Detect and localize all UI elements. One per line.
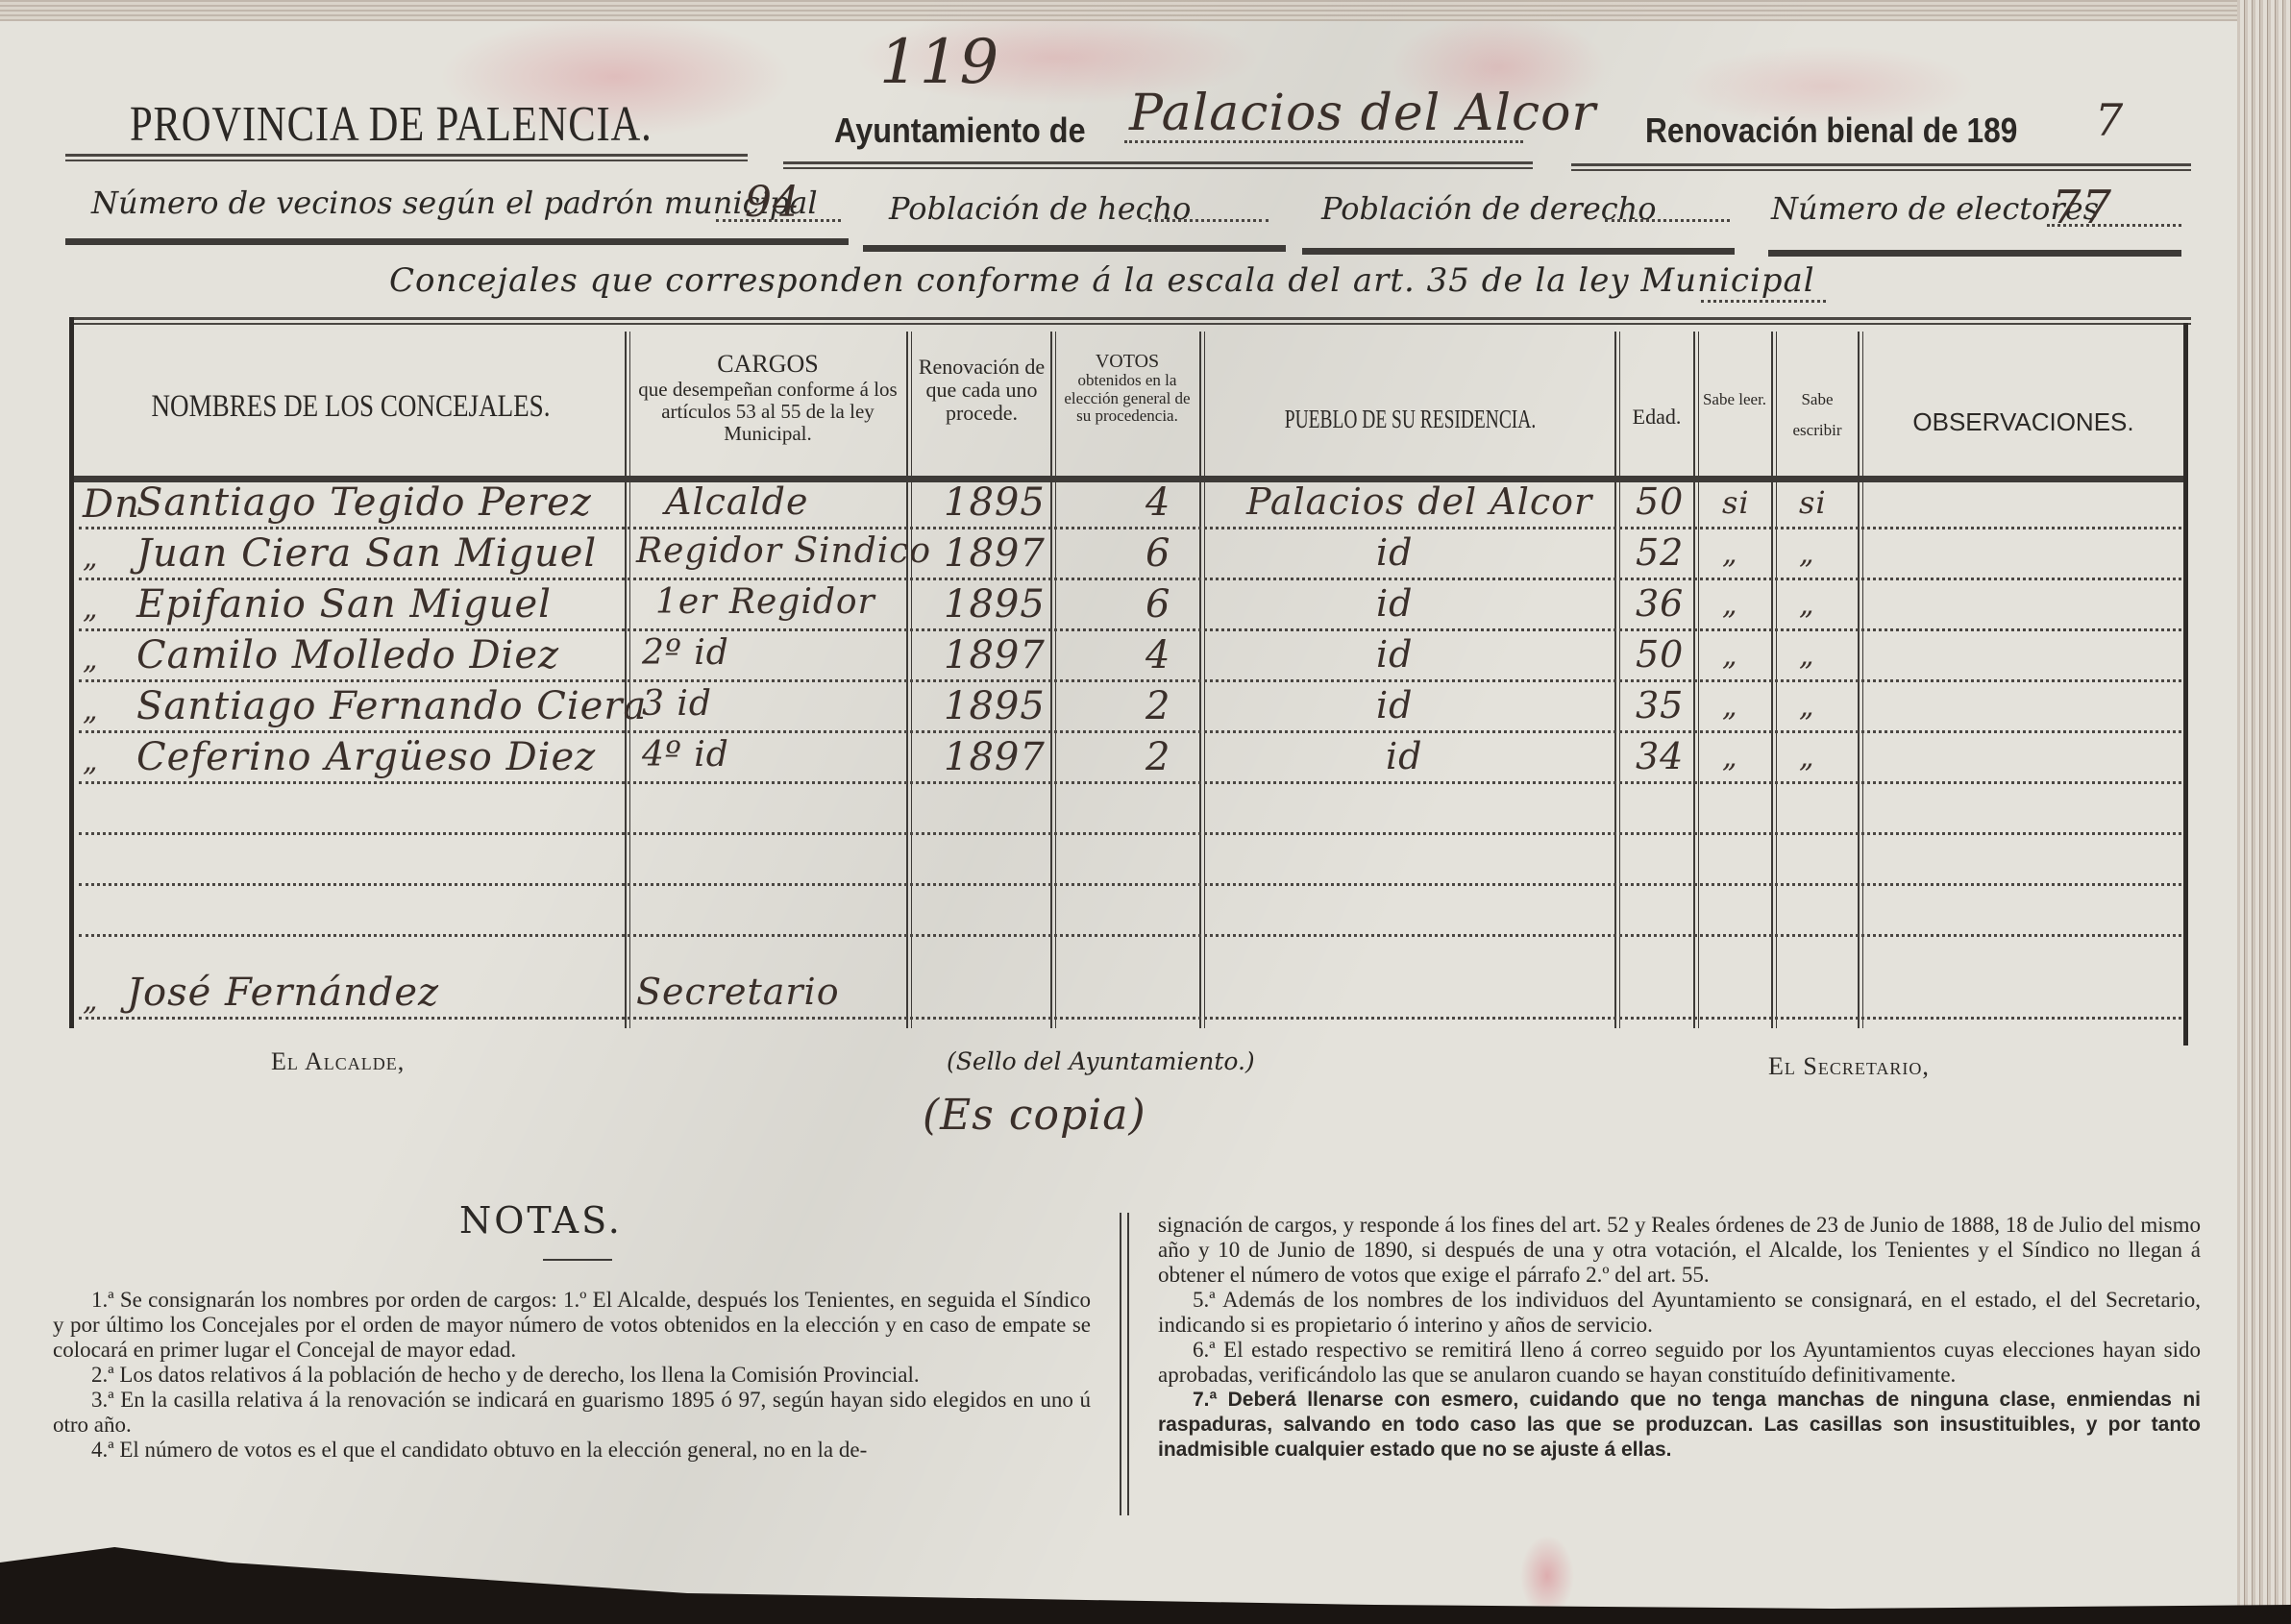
cell-edad: 36 [1636,582,1684,625]
header-votos: VOTOS obtenidos en la elección general d… [1055,351,1199,426]
header-votos-title: VOTOS [1055,351,1199,372]
table-row: „ Juan Ciera San Miguel Regidor Sindico … [79,531,2183,583]
cell-cargo: Secretario [636,971,840,1013]
cell-leer: „ [1722,690,1738,724]
header-cargos-desc: que desempeñan conforme á los artículos … [629,379,906,445]
cell-renovacion: 1897 [944,531,1046,576]
poblacion-derecho-field [1605,219,1730,222]
concejales-subtitle: Concejales que corresponden conforme á l… [389,261,1815,300]
notes-column-divider [1120,1213,1129,1515]
cell-pueblo: id [1376,531,1413,574]
table-row: „ Ceferino Argüeso Diez 4º id 1897 2 id … [79,735,2183,787]
cell-edad: 50 [1636,480,1684,523]
cell-renovacion: 1897 [944,735,1046,779]
note-4: 4.ª El número de votos es el que el cand… [53,1438,1091,1463]
row-dotline [79,883,2181,886]
cell-leer: „ [1722,639,1738,673]
cell-escribir: „ [1799,537,1815,571]
province-title: PROVINCIA DE PALENCIA. [130,96,653,153]
alcalde-signature-label: El Alcalde, [271,1047,405,1076]
cell-prefix: „ [83,643,99,677]
cell-nombre: Juan Ciera San Miguel [136,531,597,576]
cell-votos: 2 [1145,684,1170,728]
ayuntamiento-value: Palacios del Alcor [1129,85,1596,142]
header-observaciones: OBSERVACIONES. [1862,408,2184,436]
cell-nombre: Santiago Fernando Ciera [136,684,647,728]
vecinos-rule [65,238,849,245]
cell-renovacion: 1897 [944,633,1046,677]
ayuntamiento-rule [783,161,1533,169]
row-dotline [79,730,2181,733]
row-dotline [79,934,2181,937]
table-top-rule [69,317,2191,325]
cell-pueblo: id [1376,684,1413,726]
header-sabe-escribir: Sabe escribir [1776,384,1859,447]
table-left-border [69,317,74,1028]
book-top-edge [0,0,2291,21]
page-bottom-shadow [0,1547,2291,1624]
header-pueblo: PUEBLO DE SU RESIDENCIA. [1264,406,1558,434]
row-dotline [79,1017,2181,1020]
cell-leer: „ [1722,741,1738,775]
header-cargos-title: CARGOS [629,351,906,379]
cell-edad: 35 [1636,684,1684,726]
table-row [79,837,2183,889]
note-1: 1.ª Se consignarán los nombres por orden… [53,1288,1091,1363]
poblacion-hecho-label: Población de hecho [889,190,1191,227]
book-right-edge [2237,0,2291,1624]
cell-nombre: José Fernández [127,971,439,1015]
electores-label: Número de electores [1771,190,2099,227]
secretario-signature-label: El Secretario, [1768,1052,1930,1081]
cell-escribir: „ [1799,690,1815,724]
cell-nombre: Santiago Tegido Perez [136,480,592,525]
subtitle-dotline [1701,300,1826,303]
cell-votos: 4 [1145,480,1170,525]
cell-prefix: „ [83,694,99,727]
poblacion-hecho-rule [863,245,1286,252]
cell-escribir: „ [1799,741,1815,775]
header-renovacion: Renovación de que cada uno procede. [913,356,1050,426]
note-6: 6.ª El estado respectivo se remitirá lle… [1158,1338,2201,1388]
cell-edad: 52 [1636,531,1684,574]
cell-cargo: Regidor Sindico [636,531,931,571]
cell-votos: 4 [1145,633,1170,677]
row-dotline [79,578,2181,580]
cell-cargo: Alcalde [665,480,809,523]
header-votos-desc: obtenidos en la elección general de su p… [1055,372,1199,426]
cell-pueblo: Palacios del Alcor [1246,480,1592,523]
row-dotline [79,527,2181,529]
table-row [79,888,2183,940]
cell-renovacion: 1895 [944,582,1046,627]
renovacion-rule [1571,163,2191,171]
cell-escribir: „ [1799,588,1815,622]
electores-rule [1768,250,2181,257]
cell-prefix: Dn [83,482,140,527]
cell-votos: 6 [1145,531,1170,576]
cell-cargo: 1er Regidor [655,582,875,622]
cell-renovacion: 1895 [944,684,1046,728]
table-row: „ Santiago Fernando Ciera 3 id 1895 2 id… [79,684,2183,736]
table-row: „ José Fernández Secretario [79,971,2183,1022]
note-3: 3.ª En la casilla relativa á la renovaci… [53,1388,1091,1438]
vecinos-label: Número de vecinos según el padrón munici… [91,185,818,221]
cell-leer: si [1722,484,1750,521]
renovacion-label: Renovación bienal de 189 [1645,111,2017,151]
cell-votos: 2 [1145,735,1170,779]
cell-escribir: „ [1799,639,1815,673]
notes-title-rule [543,1259,612,1261]
cell-prefix: „ [83,541,99,575]
renovacion-value: 7 [2095,94,2124,146]
cell-renovacion: 1895 [944,480,1046,525]
note-7: 7.ª Deberá llenarse con esmero, cuidando… [1158,1388,2201,1463]
header-sabe-leer: Sabe leer. [1698,384,1771,415]
cell-votos: 6 [1145,582,1170,627]
header-edad: Edad. [1619,406,1694,429]
poblacion-derecho-rule [1302,248,1735,255]
notes-right-column: signación de cargos, y responde á los fi… [1158,1213,2201,1463]
cell-leer: „ [1722,537,1738,571]
header-nombres: NOMBRES DE LOS CONCEJALES. [126,389,575,424]
cell-prefix: „ [83,592,99,626]
notes-left-column: 1.ª Se consignarán los nombres por orden… [53,1288,1091,1463]
cell-prefix: „ [83,745,99,778]
note-4-continued: signación de cargos, y responde á los fi… [1158,1213,2201,1288]
document-page: 119 PROVINCIA DE PALENCIA. Ayuntamiento … [0,0,2291,1624]
cell-prefix: „ [83,984,99,1018]
cell-pueblo: id [1376,633,1413,676]
table-row: „ Epifanio San Miguel 1er Regidor 1895 6… [79,582,2183,634]
cell-nombre: Ceferino Argüeso Diez [136,735,596,779]
note-5: 5.ª Además de los nombres de los individ… [1158,1288,2201,1338]
header-cargos: CARGOS que desempeñan conforme á los art… [629,351,906,445]
note-2: 2.ª Los datos relativos á la población d… [53,1363,1091,1388]
cell-leer: „ [1722,588,1738,622]
ayuntamiento-label: Ayuntamiento de [834,111,1086,151]
electores-value: 77 [2052,181,2112,234]
cell-pueblo: id [1386,735,1422,777]
cell-escribir: si [1799,484,1827,521]
row-dotline [79,832,2181,835]
cell-cargo: 2º id [642,633,729,673]
sello-label: (Sello del Ayuntamiento.) [947,1047,1255,1075]
cell-nombre: Epifanio San Miguel [136,582,552,627]
cell-pueblo: id [1376,582,1413,625]
row-dotline [79,679,2181,682]
vecinos-value: 94 [745,178,801,227]
notes-title: NOTAS. [459,1199,623,1242]
province-rule [65,154,748,161]
row-dotline [79,781,2181,784]
cell-edad: 34 [1636,735,1684,777]
table-row [79,786,2183,838]
es-copia-annotation: (Es copia) [923,1091,1146,1140]
cell-nombre: Camilo Molledo Diez [136,633,559,677]
table-row: „ Camilo Molledo Diez 2º id 1897 4 id 50… [79,633,2183,685]
table-row: Dn Santiago Tegido Perez Alcalde 1895 4 … [79,480,2183,532]
cell-edad: 50 [1636,633,1684,676]
page-number: 119 [879,27,999,98]
poblacion-hecho-field [1148,219,1269,222]
cell-cargo: 4º id [642,735,729,775]
cell-cargo: 3 id [642,684,712,724]
row-dotline [79,628,2181,631]
